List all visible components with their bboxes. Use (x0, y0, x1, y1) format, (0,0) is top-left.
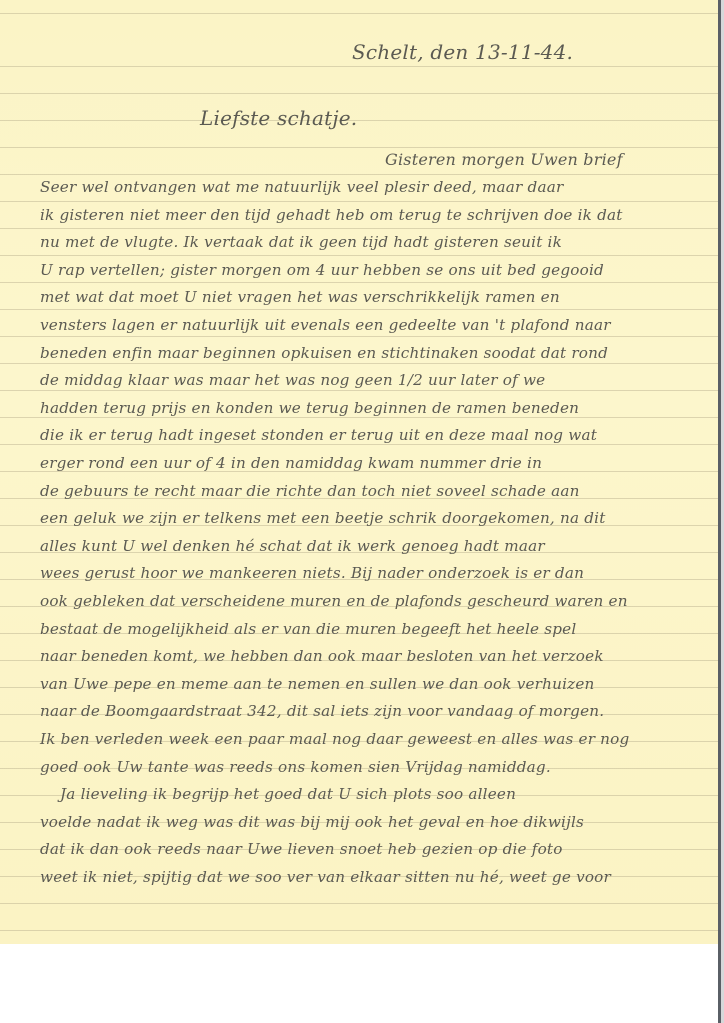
letter-line: ik gisteren niet meer den tijd gehadt he… (40, 206, 623, 224)
letter-line: de middag klaar was maar het was nog gee… (40, 371, 545, 389)
letter-date: Schelt, den 13-11-44. (352, 40, 573, 64)
letter-line: van Uwe pepe en meme aan te nemen en sul… (40, 675, 595, 693)
letter-line: naar beneden komt, we hebben dan ook maa… (40, 647, 604, 665)
letter-line: goed ook Uw tante was reeds ons komen si… (40, 758, 551, 776)
letter-line: naar de Boomgaardstraat 342, dit sal iet… (40, 702, 604, 720)
letter-line: U rap vertellen; gister morgen om 4 uur … (40, 261, 604, 279)
letter-line: erger rond een uur of 4 in den namiddag … (40, 454, 542, 472)
letter-line: Seer wel ontvangen wat me natuurlijk vee… (40, 178, 563, 196)
letter-page: Schelt, den 13-11-44. Liefste schatje. G… (0, 0, 718, 944)
letter-line: met wat dat moet U niet vragen het was v… (40, 288, 560, 306)
letter-line: vensters lagen er natuurlijk uit evenals… (40, 316, 611, 334)
letter-line: nu met de vlugte. Ik vertaak dat ik geen… (40, 233, 562, 251)
letter-line: ook gebleken dat verscheidene muren en d… (40, 592, 628, 610)
letter-line: wees gerust hoor we mankeeren niets. Bij… (40, 564, 584, 582)
letter-line: dat ik dan ook reeds naar Uwe lieven sno… (40, 840, 563, 858)
letter-line: alles kunt U wel denken hé schat dat ik … (40, 537, 545, 555)
letter-line: beneden enfin maar beginnen opkuisen en … (40, 344, 608, 362)
letter-line: Ja lieveling ik begrijp het goed dat U s… (60, 785, 516, 803)
letter-line: de gebuurs te recht maar die richte dan … (40, 482, 580, 500)
letter-opening: Gisteren morgen Uwen brief (385, 150, 623, 169)
letter-line: bestaat de mogelijkheid als er van die m… (40, 620, 576, 638)
letter-salutation: Liefste schatje. (200, 106, 357, 130)
letter-line: weet ik niet, spijtig dat we soo ver van… (40, 868, 611, 886)
letter-line: voelde nadat ik weg was dit was bij mij … (40, 813, 584, 831)
letter-line: die ik er terug hadt ingeset stonden er … (40, 426, 597, 444)
letter-line: Ik ben verleden week een paar maal nog d… (40, 730, 629, 748)
letter-line: hadden terug prijs en konden we terug be… (40, 399, 579, 417)
letter-line: een geluk we zijn er telkens met een bee… (40, 509, 606, 527)
